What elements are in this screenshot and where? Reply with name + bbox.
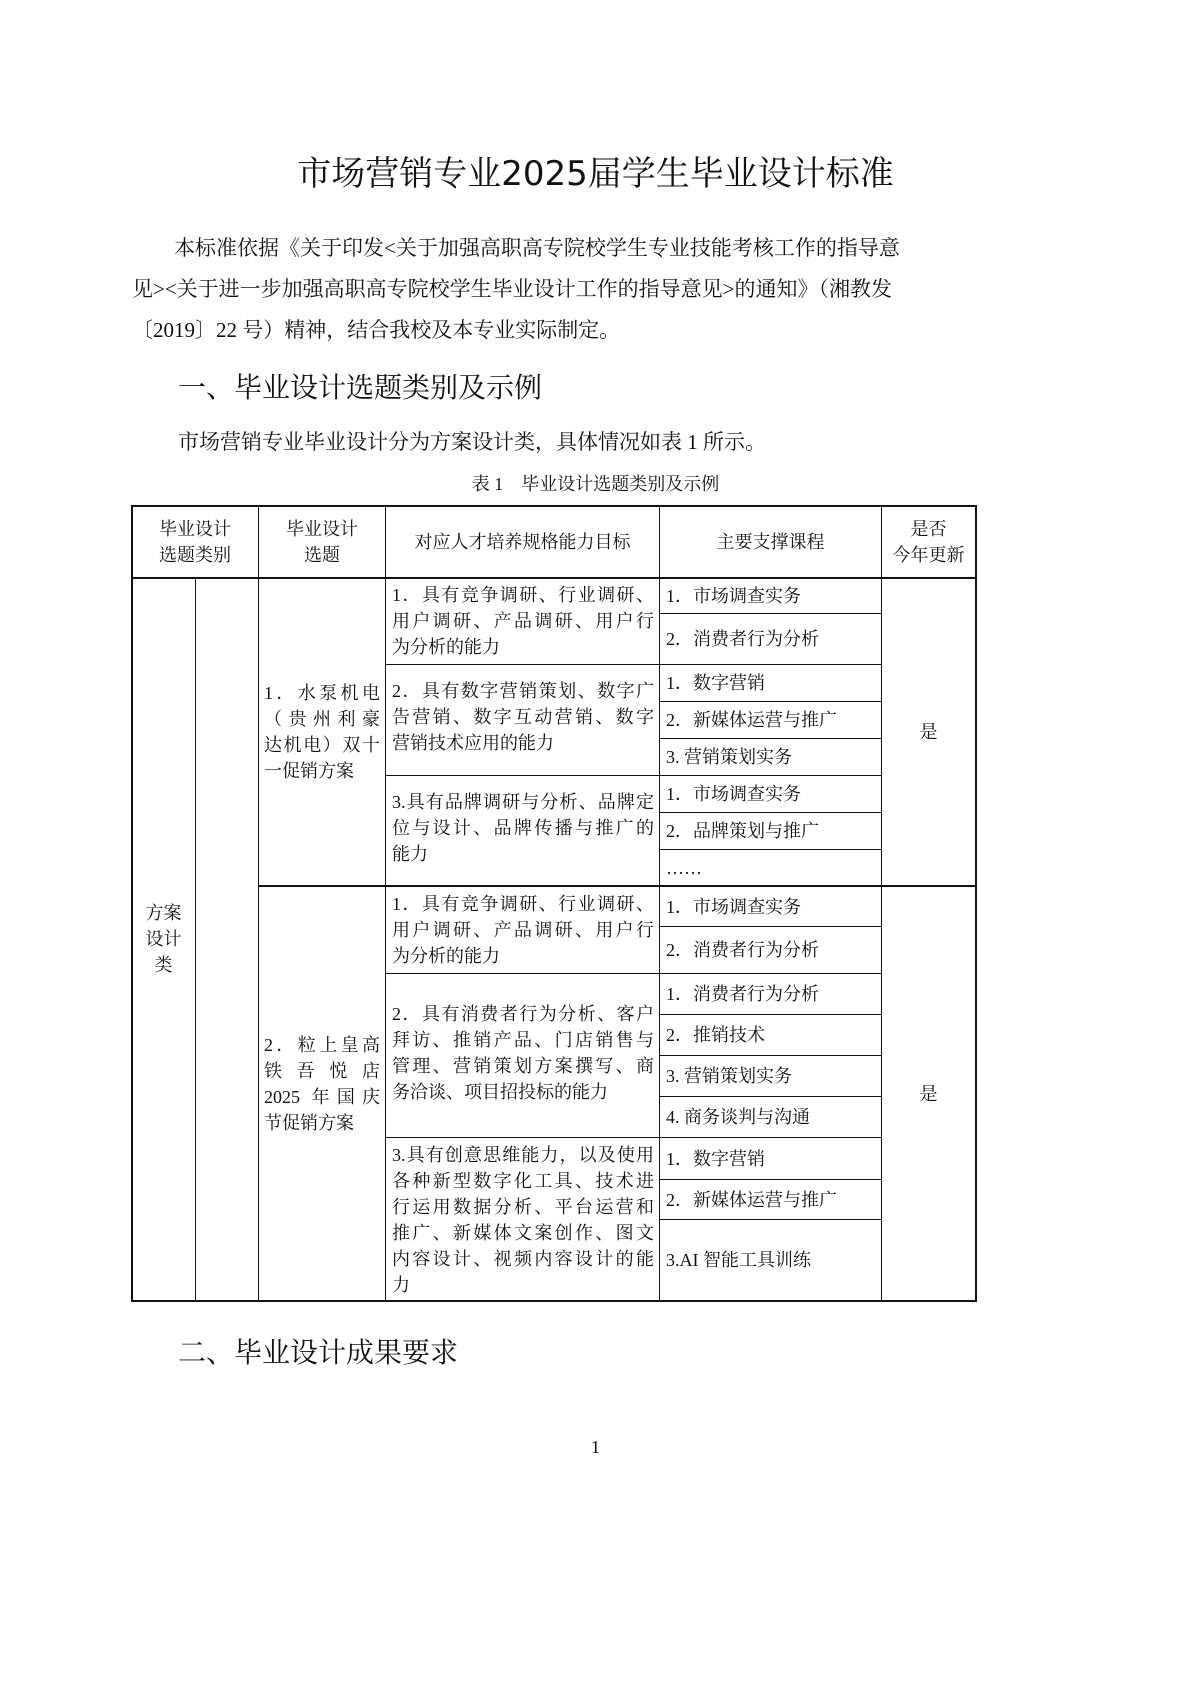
updated-cell: 是	[882, 578, 975, 885]
ability-cell: 3.具有品牌调研与分析、品牌定 位与设计、品牌传播与推广的 能力	[386, 776, 659, 885]
course-cell: 1．市场调查实务	[660, 887, 881, 926]
course-cell: 1．数字营销	[660, 1138, 881, 1179]
course-cell: 2．消费者行为分析	[660, 614, 881, 664]
header-courses: 主要支撑课程	[660, 506, 881, 577]
course-cell: 3. 营销策划实务	[660, 1056, 881, 1096]
topics-table: 毕业设计选题类别 毕业设计选题 对应人才培养规格能力目标 主要支撑课程 是否今年…	[0, 0, 1191, 1684]
ability-cell: 1．具有竞争调研、行业调研、 用户调研、产品调研、用户行 为分析的能力	[386, 578, 659, 664]
updated-cell: 是	[882, 887, 975, 1300]
course-cell: 2．新媒体运营与推广	[660, 1180, 881, 1219]
ability-cell: 2．具有数字营销策划、数字广 告营销、数字互动营销、数字 营销技术应用的能力	[386, 665, 659, 775]
course-cell: 2．消费者行为分析	[660, 927, 881, 973]
header-updated: 是否今年更新	[882, 506, 975, 577]
course-cell: 1．市场调查实务	[660, 578, 881, 613]
ability-cell: 2．具有消费者行为分析、客户 拜访、推销产品、门店销售与 管理、营销策划方案撰写…	[386, 974, 659, 1137]
header-topic: 毕业设计选题	[259, 506, 385, 577]
course-cell: ……	[660, 850, 881, 885]
course-cell: 3. 营销策划实务	[660, 739, 881, 775]
course-cell: 4. 商务谈判与沟通	[660, 1097, 881, 1137]
category-cell: 方案设计类	[132, 578, 195, 1300]
course-cell: 1．市场调查实务	[660, 776, 881, 812]
course-cell: 1．数字营销	[660, 665, 881, 701]
section-heading-2: 二、毕业设计成果要求	[178, 1331, 458, 1371]
course-cell: 2．推销技术	[660, 1015, 881, 1055]
topic-cell: 2．粒上皇高 铁 吾 悦 店 2025 年国庆 节促销方案	[259, 887, 385, 1300]
course-cell: 1．消费者行为分析	[660, 974, 881, 1014]
header-ability: 对应人才培养规格能力目标	[386, 506, 659, 577]
header-category: 毕业设计选题类别	[132, 506, 258, 577]
ability-cell: 3.具有创意思维能力，以及使用 各种新型数字化工具、技术进 行运用数据分析、平台…	[386, 1138, 659, 1300]
page-number: 1	[0, 1437, 1191, 1458]
course-cell: 2．品牌策划与推广	[660, 813, 881, 849]
course-cell: 2．新媒体运营与推广	[660, 702, 881, 738]
course-cell: 3.AI 智能工具训练	[660, 1220, 881, 1300]
ability-cell: 1．具有竞争调研、行业调研、 用户调研、产品调研、用户行 为分析的能力	[386, 887, 659, 973]
topic-cell: 1．水泵机电 （贵州利豪 达机电）双十 一促销方案	[259, 578, 385, 885]
